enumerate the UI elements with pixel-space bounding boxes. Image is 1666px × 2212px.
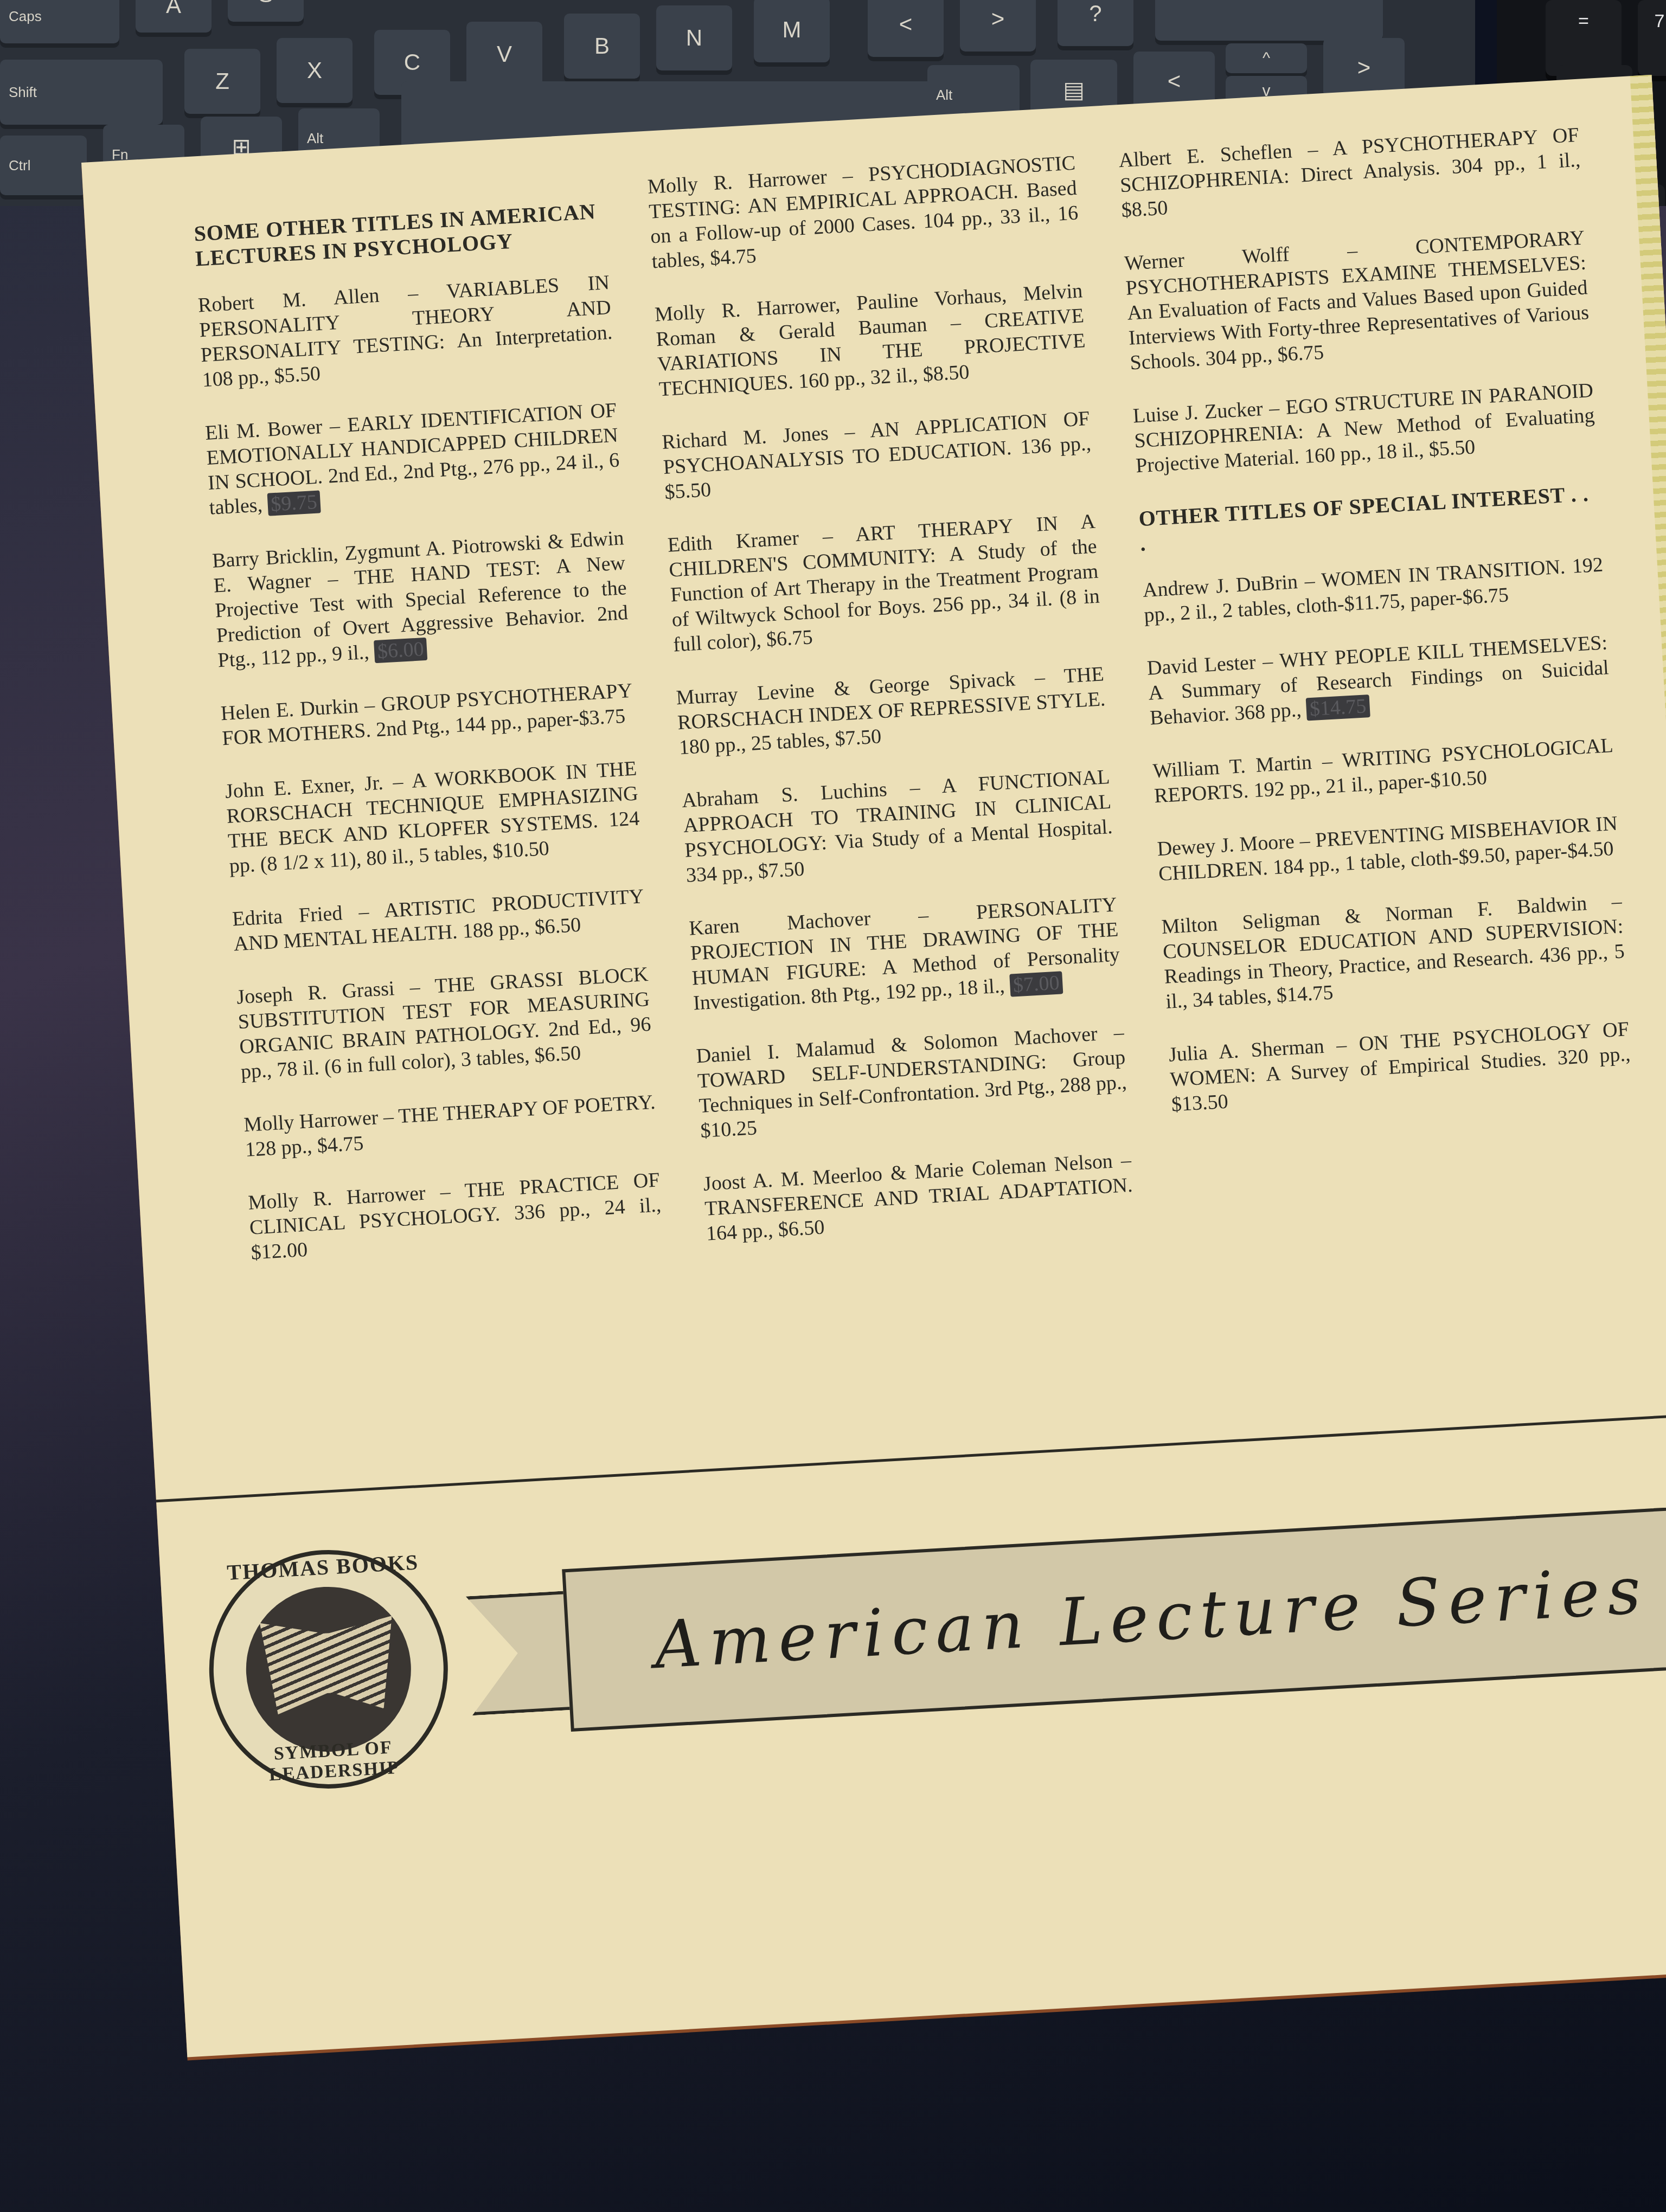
section-heading: SOME OTHER TITLES IN AMERICAN LECTURES I… — [193, 198, 607, 271]
book-entry: William T. Martin – WRITING PSYCHOLOGICA… — [1152, 733, 1615, 808]
book-entry: Eli M. Bower – EARLY IDENTIFICATION OF E… — [204, 398, 621, 520]
series-name: American Lecture Series — [652, 1552, 1650, 1683]
column-3: Albert E. Scheflen – A PSYCHOTHERAPY OF … — [1118, 123, 1639, 1248]
book-entry: John E. Exner, Jr. – A WORKBOOK IN THE R… — [225, 756, 642, 879]
publisher-seal-logo: THOMAS BOOKS SYMBOL OF LEADERSHIP — [203, 1544, 454, 1795]
seal-text-top: THOMAS BOOKS — [207, 1548, 438, 1586]
book-entry: Edith Kramer – ART THERAPY IN A CHILDREN… — [667, 509, 1102, 658]
book-details: 128 pp., $4.75 — [245, 1132, 364, 1161]
book-entry: Joost A. M. Meerloo & Marie Coleman Nels… — [703, 1148, 1135, 1246]
key-7: 7 — [1638, 0, 1666, 76]
footer: THOMAS BOOKS SYMBOL OF LEADERSHIP Americ… — [158, 1455, 1666, 1868]
banner-tail — [466, 1590, 581, 1715]
book-entry: Helen E. Durkin – GROUP PSYCHOTHERAPY FO… — [220, 678, 635, 751]
book-title: A WORKBOOK IN THE RORSCHACH TECHNIQUE EM… — [226, 757, 639, 853]
key-b: B — [564, 14, 640, 79]
key-arrow-right: > — [1323, 38, 1405, 98]
entries-column-1: Robert M. Allen – VARIABLES IN PERSONALI… — [197, 270, 663, 1265]
book-back-cover: SOME OTHER TITLES IN AMERICAN LECTURES I… — [81, 75, 1666, 2057]
book-title: THE THERAPY OF POETRY. — [398, 1091, 656, 1128]
key-period: > — [960, 0, 1036, 52]
book-entry: Milton Seligman & Norman F. Baldwin – CO… — [1161, 889, 1627, 1014]
open-book-icon — [260, 1616, 397, 1715]
book-details: 188 pp., $6.50 — [462, 914, 582, 943]
series-banner: American Lecture Series — [464, 1504, 1666, 1737]
key-slash: ? — [1058, 0, 1133, 46]
redacted-price: $14.75 — [1306, 695, 1370, 721]
book-entry: Luise J. Zucker – EGO STRUCTURE IN PARAN… — [1132, 378, 1597, 478]
section-heading-special: OTHER TITLES OF SPECIAL INTEREST . . . — [1138, 481, 1601, 556]
redacted-price: $6.00 — [374, 638, 428, 663]
key-shift: Shift — [0, 60, 163, 125]
seal-emblem — [242, 1583, 415, 1756]
book-entry: Richard M. Jones – AN APPLICATION OF PSY… — [661, 406, 1093, 505]
book-entry: Karen Machover – PERSONALITY PROJECTION … — [688, 892, 1122, 1016]
book-entry: Andrew J. DuBrin – WOMEN IN TRANSITION. … — [1142, 552, 1605, 628]
book-entry: Murray Levine & George Spivack – THE ROR… — [676, 661, 1107, 760]
book-entry: Daniel I. Malamud & Solomon Machover – T… — [695, 1020, 1129, 1143]
key-a: A — [136, 0, 212, 33]
key-z: Z — [184, 49, 260, 114]
key-m: M — [754, 0, 830, 62]
title-list: SOME OTHER TITLES IN AMERICAN LECTURES I… — [192, 123, 1634, 1300]
book-entry: Werner Wolff – CONTEMPORARY PSYCHOTHERAP… — [1124, 226, 1591, 376]
entries-column-3-special: Andrew J. DuBrin – WOMEN IN TRANSITION. … — [1142, 552, 1632, 1117]
book-entry: Barry Bricklin, Zygmunt A. Piotrowski & … — [212, 525, 630, 673]
banner-body: American Lecture Series — [562, 1504, 1666, 1732]
book-title: THE GRASSI BLOCK SUBSTITUTION TEST FOR M… — [238, 963, 650, 1058]
redacted-price: $9.75 — [267, 490, 321, 516]
book-details: 164 pp., $6.50 — [706, 1216, 825, 1245]
book-entry: Molly Harrower – THE THERAPY OF POETRY. … — [243, 1090, 657, 1162]
key-shift-right — [1155, 0, 1383, 41]
key-v: V — [466, 22, 542, 87]
key-caps: Caps — [0, 0, 119, 43]
book-entry: Molly R. Harrower – THE PRACTICE OF CLIN… — [247, 1167, 663, 1265]
book-author: Molly Harrower – — [243, 1105, 399, 1136]
book-entry: Molly R. Harrower – PSYCHODIAGNOSTIC TES… — [647, 151, 1080, 274]
book-entry: Dewey J. Moore – PREVENTING MISBEHAVIOR … — [1156, 811, 1619, 886]
key-ctrl: Ctrl — [0, 136, 87, 195]
book-entry: Edrita Fried – ARTISTIC PRODUCTIVITY AND… — [232, 884, 646, 956]
entries-column-3-top: Albert E. Scheflen – A PSYCHOTHERAPY OF … — [1118, 123, 1597, 478]
key-arrow-up: ^ — [1226, 43, 1307, 73]
book-entry: Julia A. Sherman – ON THE PSYCHOLOGY OF … — [1168, 1017, 1632, 1117]
column-2: Molly R. Harrower – PSYCHODIAGNOSTIC TES… — [647, 151, 1136, 1275]
entries-column-2: Molly R. Harrower – PSYCHODIAGNOSTIC TES… — [647, 151, 1135, 1246]
key-n: N — [656, 5, 732, 70]
column-1: SOME OTHER TITLES IN AMERICAN LECTURES I… — [192, 177, 665, 1300]
book-entry: Abraham S. Luchins – A FUNCTIONAL APPROA… — [681, 764, 1114, 888]
book-title: WOMEN IN TRANSITION. — [1321, 555, 1573, 592]
key-s: S — [228, 0, 304, 22]
book-entry: David Lester – WHY PEOPLE KILL THEMSELVE… — [1146, 630, 1611, 730]
book-entry: Joseph R. Grassi – THE GRASSI BLOCK SUBS… — [236, 962, 653, 1084]
key-comma: < — [868, 0, 944, 57]
key-equals: = — [1546, 0, 1622, 76]
book-entry: Molly R. Harrower, Pauline Vorhaus, Melv… — [654, 278, 1087, 402]
redacted-price: $7.00 — [1009, 971, 1063, 996]
key-x: X — [277, 38, 353, 103]
book-entry: Albert E. Scheflen – A PSYCHOTHERAPY OF … — [1118, 123, 1582, 223]
book-entry: Robert M. Allen – VARIABLES IN PERSONALI… — [197, 270, 614, 393]
seal-text-bottom: SYMBOL OF LEADERSHIP — [218, 1734, 450, 1789]
